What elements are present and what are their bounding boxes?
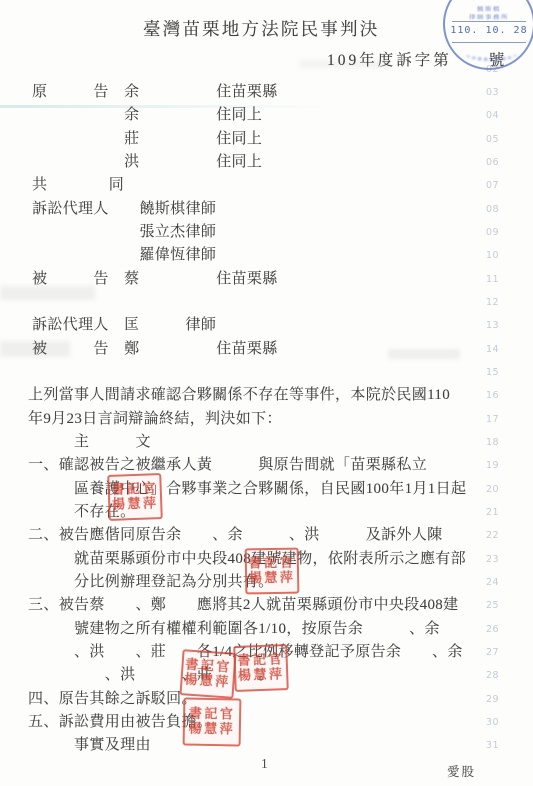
judgment-line: 被 告 鄭 住苗栗縣	[32, 339, 278, 359]
judgment-line: 訴訟代理人 匡 律師	[32, 315, 216, 335]
line-number: 03	[486, 87, 506, 98]
line-number: 31	[486, 740, 506, 751]
line-number: 15	[486, 367, 506, 378]
stamp-divider-line	[452, 21, 526, 22]
judgment-line: 羅偉恆律師	[32, 245, 216, 265]
document-title: 臺灣苗栗地方法院民事判決	[143, 16, 379, 41]
line-number: 20	[486, 484, 506, 495]
line-number: 30	[486, 717, 506, 728]
clerk-seal-stamp: 書記官 楊慧萍	[183, 697, 242, 746]
judgment-line: 余 住同上	[32, 105, 262, 125]
judgment-line: 分比例辦理登記為分別共有。	[28, 572, 274, 592]
line-number: 22	[486, 530, 506, 541]
stamp-divider-line	[452, 42, 526, 43]
clerk-seal-name: 楊慧萍	[188, 722, 235, 738]
line-number: 11	[486, 274, 506, 285]
line-number: 16	[486, 390, 506, 401]
clerk-seal-name: 楊慧萍	[112, 496, 159, 513]
clerk-seal-stamp: 書記官 楊慧萍	[179, 649, 236, 699]
judgment-line: 區養護中心」合夥事業之合夥關係，自民國100年1月1日起	[28, 479, 466, 499]
judgment-line: 年9月23日言詞辯論終結，判決如下：	[28, 409, 282, 429]
judgment-line: 被 告 蔡 住苗栗縣	[32, 269, 278, 289]
line-number: 08	[486, 204, 506, 215]
judgment-line: 主 文	[28, 432, 151, 452]
line-number: 09	[486, 227, 506, 238]
line-number: 28	[486, 670, 506, 681]
judgment-line: 共 同	[32, 175, 124, 195]
judgment-line: 莊 住同上	[32, 129, 262, 149]
line-number: 18	[486, 437, 506, 448]
line-number: 25	[486, 600, 506, 611]
judgment-line: 訴訟代理人 饒斯棋律師	[32, 199, 216, 219]
line-number: 24	[486, 577, 506, 588]
court-judgment-page: 饒斯棋 律師事務所 110. 10. 28 臺灣苗栗地方法院民事判決 109年度…	[0, 0, 533, 786]
line-number: 17	[486, 414, 506, 425]
line-number: 12	[486, 297, 506, 308]
stamp-date: 110. 10. 28	[445, 25, 533, 36]
judgment-line: 號建物之所有權權利範圍各1/10，按原告余 、余	[28, 619, 440, 639]
judgment-line: 洪 住同上	[32, 152, 262, 172]
stamp-arc-text: 饒斯棋	[445, 4, 533, 12]
page-number: 1	[261, 756, 268, 772]
line-number: 21	[486, 507, 506, 518]
judgment-line: 三、被告蔡 、鄭 應將其2人就苗栗縣頭份市中央段408建	[28, 595, 459, 615]
line-number: 13	[486, 320, 506, 331]
judgment-line: 一、確認被告之被繼承人黃 與原告間就「苗栗縣私立	[28, 455, 427, 475]
line-number: 26	[486, 624, 506, 635]
clerk-seal-stamp: 書記官 楊慧萍	[107, 473, 163, 521]
line-number: 19	[486, 460, 506, 471]
clerk-seal-name: 楊慧萍	[249, 571, 296, 587]
clerk-seal-name: 楊慧萍	[238, 667, 285, 684]
judgment-line: 四、原告其餘之訴駁回。	[28, 689, 197, 709]
line-number: 06	[486, 157, 506, 168]
line-number: 27	[486, 647, 506, 658]
line-number: 29	[486, 694, 506, 705]
judgment-line: 事實及理由	[28, 735, 151, 755]
judgment-line: 原 告 余 住苗栗縣	[32, 82, 278, 102]
line-number: 14	[486, 344, 506, 355]
judgment-line: 上列當事人間請求確認合夥關係不存在等事件，本院於民國110	[28, 385, 450, 405]
clerk-seal-name: 楊慧萍	[184, 672, 231, 690]
judgment-line: 二、被告應偕同原告余 、余 、洪 及訴外人陳	[28, 525, 442, 545]
scan-artifact	[388, 349, 460, 359]
line-number: 10	[486, 250, 506, 261]
line-number: 07	[486, 180, 506, 191]
line-number: 04	[486, 110, 506, 121]
line-number: 05	[486, 134, 506, 145]
stamp-illegible-text	[465, 46, 517, 61]
clerk-seal-stamp: 書記官 楊慧萍	[245, 548, 300, 595]
clerk-seal-stamp: 書記官 楊慧萍	[233, 644, 289, 692]
judgment-line: 張立杰律師	[32, 222, 216, 242]
court-division-label: 愛股	[447, 762, 476, 780]
stamp-arc-text: 律師事務所	[445, 12, 533, 20]
line-number: 23	[486, 554, 506, 565]
